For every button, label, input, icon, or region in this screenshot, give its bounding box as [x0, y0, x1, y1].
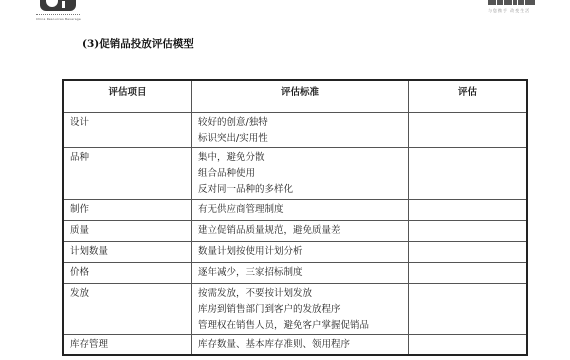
row-item: 质量: [63, 220, 192, 241]
table-row: 质量 建立促销品质量规范，避免质量差: [63, 220, 527, 241]
row-item: 计划数量: [63, 241, 192, 262]
criteria-line: 数量计划按使用计划分析: [198, 244, 402, 260]
row-score: [409, 283, 528, 334]
criteria-line: 较好的创意/独特: [198, 115, 402, 131]
row-score: [409, 220, 528, 241]
table-row: 价格 逐年减少，三家招标制度: [63, 262, 527, 283]
table-row: 计划数量 数量计划按使用计划分析: [63, 241, 527, 262]
row-criteria: 集中，避免分散 组合品种使用 反对同一品种的多样化: [192, 147, 409, 199]
evaluation-table: 评估项目 评估标准 评估 设计 较好的创意/独特 标识突出/实用性 品种 集中，…: [62, 79, 528, 356]
brand-wordmark-icon: [488, 0, 540, 5]
table-row: 品种 集中，避免分散 组合品种使用 反对同一品种的多样化: [63, 147, 527, 199]
table-row: 发放 按需发放，不要按计划发放 库房到销售部门到客户的发放程序 管理权在销售人员…: [63, 283, 527, 334]
row-criteria: 按需发放，不要按计划发放 库房到销售部门到客户的发放程序 管理权在销售人员，避免…: [192, 283, 409, 334]
row-item: 库存管理: [63, 334, 192, 355]
header-criteria: 评估标准: [192, 80, 409, 112]
criteria-line: 反对同一品种的多样化: [198, 182, 402, 198]
logo-slogan: 与您携手 改变生活: [488, 8, 530, 14]
row-item: 发放: [63, 283, 192, 334]
table-row: 设计 较好的创意/独特 标识突出/实用性: [63, 112, 527, 147]
criteria-line: 建立促销品质量规范，避免质量差: [198, 223, 402, 239]
cb-logo-mark-icon: [40, 0, 76, 11]
criteria-line: 逐年减少，三家招标制度: [198, 265, 402, 281]
criteria-line: 管理权在销售人员，避免客户掌握促销品: [198, 318, 402, 334]
criteria-line: 有无供应商管理制度: [198, 202, 402, 218]
row-score: [409, 147, 528, 199]
row-criteria: 有无供应商管理制度: [192, 199, 409, 220]
criteria-line: 标识突出/实用性: [198, 131, 402, 147]
table-row: 库存管理 库存数量、基本库存准则、领用程序: [63, 334, 527, 355]
criteria-line: 库房到销售部门到客户的发放程序: [198, 302, 402, 318]
row-item: 设计: [63, 112, 192, 147]
row-criteria: 建立促销品质量规范，避免质量差: [192, 220, 409, 241]
row-score: [409, 262, 528, 283]
row-criteria: 逐年减少，三家招标制度: [192, 262, 409, 283]
company-logo-left: China Resources Beverage: [36, 0, 80, 22]
row-score: [409, 112, 528, 147]
row-score: [409, 199, 528, 220]
row-criteria: 数量计划按使用计划分析: [192, 241, 409, 262]
criteria-line: 按需发放，不要按计划发放: [198, 286, 402, 302]
criteria-line: 组合品种使用: [198, 166, 402, 182]
company-logo-right: 与您携手 改变生活: [488, 0, 540, 14]
criteria-line: 集中，避免分散: [198, 150, 402, 166]
row-score: [409, 334, 528, 355]
row-item: 制作: [63, 199, 192, 220]
logo-caption: China Resources Beverage: [36, 17, 81, 21]
section-title: (3)促销品投放评估模型: [82, 36, 194, 51]
row-item: 价格: [63, 262, 192, 283]
row-item: 品种: [63, 147, 192, 199]
row-criteria: 库存数量、基本库存准则、领用程序: [192, 334, 409, 355]
table-header-row: 评估项目 评估标准 评估: [63, 80, 527, 112]
table-row: 制作 有无供应商管理制度: [63, 199, 527, 220]
header-item: 评估项目: [63, 80, 192, 112]
criteria-line: 库存数量、基本库存准则、领用程序: [198, 337, 402, 353]
row-criteria: 较好的创意/独特 标识突出/实用性: [192, 112, 409, 147]
row-score: [409, 241, 528, 262]
header-score: 评估: [409, 80, 528, 112]
